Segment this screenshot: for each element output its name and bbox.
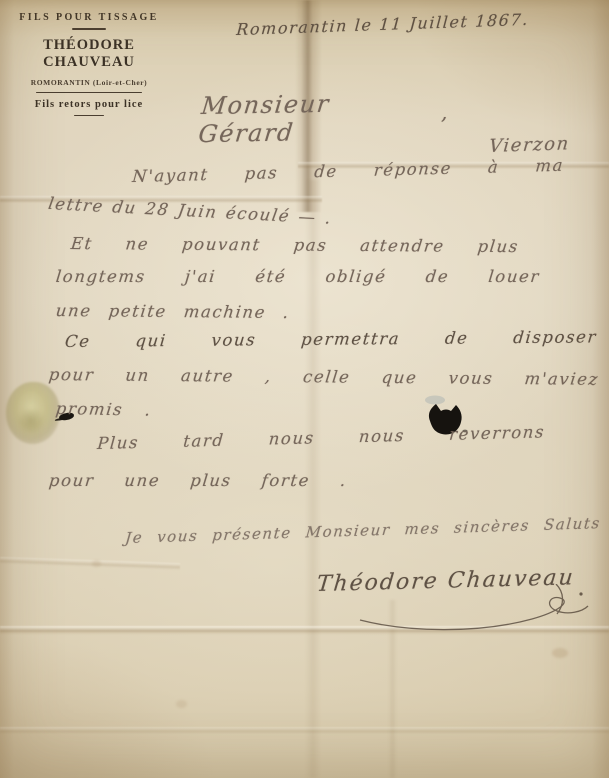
body-line: promis . [55, 399, 153, 420]
wax-seal-stain-core [16, 408, 46, 434]
body-line: Ce qui vous permettra de disposer [64, 327, 598, 351]
letterhead-tagline: FILS POUR TISSAGE [10, 12, 168, 23]
body-line: pour un autre , celle que vous m'aviez [48, 365, 600, 389]
letterhead-rule [72, 28, 106, 30]
fox-spot [552, 648, 568, 658]
body-line: Plus tard nous nous reverrons [97, 422, 546, 453]
signature-flourish [352, 584, 597, 641]
recipient-mark: , [441, 100, 449, 124]
letter-page: FILS POUR TISSAGE THÉODORE CHAUVEAU ROMO… [0, 0, 609, 778]
fox-spot [92, 560, 101, 567]
body-line: N'ayant pas de réponse à ma [132, 156, 565, 186]
closing-line: Je vous présente Monsieur mes sincères S… [124, 514, 601, 547]
company-product: Fils retors pour lice [10, 99, 168, 110]
letterhead-rule [74, 115, 104, 116]
body-line: pour une plus forte . [48, 471, 348, 490]
company-city: ROMORANTIN (Loir-et-Cher) [10, 78, 168, 87]
body-line: lettre du 28 Juin écoulé — . [47, 194, 334, 228]
body-line: Et ne pouvant pas attendre plus [70, 234, 520, 256]
company-name: THÉODORE CHAUVEAU [10, 37, 168, 71]
letterhead: FILS POUR TISSAGE THÉODORE CHAUVEAU ROMO… [10, 12, 168, 116]
body-line: une petite machine . [55, 301, 291, 322]
recipient-line: Monsieur Gérard [197, 88, 429, 148]
fox-spot [176, 700, 187, 708]
horizontal-fold-crease-mid [0, 557, 180, 570]
recipient-city: Vierzon [488, 133, 571, 157]
horizontal-fold-crease-bottom [0, 727, 609, 734]
dateline: Romorantin le 11 Juillet 1867. [236, 10, 523, 39]
body-line: longtems j'ai été obligé de louer [55, 267, 541, 286]
letterhead-rule [36, 92, 142, 93]
